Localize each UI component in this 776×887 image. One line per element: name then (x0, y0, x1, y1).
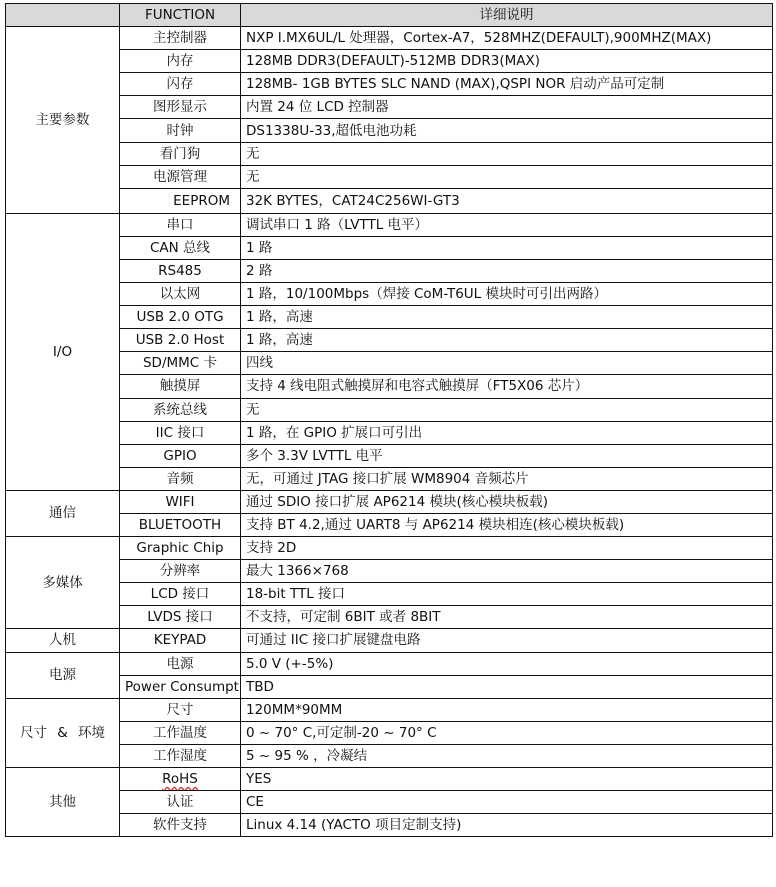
description-cell: NXP I.MX6UL/L 处理器，Cortex-A7，528MHZ(DEFAU… (241, 27, 773, 50)
table-row: 以太网 1 路，10/100Mbps（焊接 CoM-T6UL 模块时可引出两路） (6, 283, 773, 306)
function-cell: 工作湿度 (120, 744, 241, 767)
description-cell: 无，可通过 JTAG 接口扩展 WM8904 音频芯片 (241, 467, 773, 490)
description-cell: 1 路，高速 (241, 329, 773, 352)
spec-table: FUNCTION 详细说明 主要参数 主控制器 NXP I.MX6UL/L 处理… (5, 3, 773, 837)
header-function: FUNCTION (120, 4, 241, 27)
function-cell: 内存 (120, 50, 241, 73)
table-row: 软件支持 Linux 4.14 (YACTO 项目定制支持) (6, 814, 773, 837)
table-row: SD/MMC 卡 四线 (6, 352, 773, 375)
category-other: 其他 (6, 768, 120, 837)
description-cell: 可通过 IIC 接口扩展键盘电路 (241, 629, 773, 652)
category-io: I/O (6, 213, 120, 490)
category-main-params: 主要参数 (6, 27, 120, 214)
table-row: IIC 接口 1 路，在 GPIO 扩展口可引出 (6, 421, 773, 444)
category-multimedia: 多媒体 (6, 537, 120, 629)
description-cell: TBD (241, 675, 773, 698)
function-cell: 看门狗 (120, 142, 241, 165)
function-cell: 以太网 (120, 283, 241, 306)
function-cell: 主控制器 (120, 27, 241, 50)
table-row: 人机 KEYPAD 可通过 IIC 接口扩展键盘电路 (6, 629, 773, 652)
function-cell: 工作温度 (120, 721, 241, 744)
table-row: CAN 总线 1 路 (6, 236, 773, 259)
function-cell: SD/MMC 卡 (120, 352, 241, 375)
table-row: BLUETOOTH 支持 BT 4.2,通过 UART8 与 AP6214 模块… (6, 513, 773, 536)
function-cell: 闪存 (120, 73, 241, 96)
function-cell: 音频 (120, 467, 241, 490)
description-cell: 四线 (241, 352, 773, 375)
description-cell: 2 路 (241, 259, 773, 282)
header-category (6, 4, 120, 27)
function-cell: 时钟 (120, 119, 241, 142)
function-cell: 串口 (120, 213, 241, 236)
table-row: 图形显示 内置 24 位 LCD 控制器 (6, 96, 773, 119)
table-row: 多媒体 Graphic Chip 支持 2D (6, 537, 773, 560)
description-cell: 内置 24 位 LCD 控制器 (241, 96, 773, 119)
table-row: 时钟 DS1338U-33,超低电池功耗 (6, 119, 773, 142)
description-cell: CE (241, 791, 773, 814)
description-cell: Linux 4.14 (YACTO 项目定制支持) (241, 814, 773, 837)
function-cell: USB 2.0 OTG (120, 306, 241, 329)
table-row: LCD 接口 18-bit TTL 接口 (6, 583, 773, 606)
category-power: 电源 (6, 652, 120, 698)
function-cell: 触摸屏 (120, 375, 241, 398)
description-cell: 1 路，在 GPIO 扩展口可引出 (241, 421, 773, 444)
table-row: 通信 WIFI 通过 SDIO 接口扩展 AP6214 模块(核心模块板载) (6, 490, 773, 513)
function-cell: USB 2.0 Host (120, 329, 241, 352)
description-cell: 120MM*90MM (241, 698, 773, 721)
function-cell: LCD 接口 (120, 583, 241, 606)
description-cell: 不支持，可定制 6BIT 或者 8BIT (241, 606, 773, 629)
function-cell: RoHS (120, 768, 241, 791)
function-cell: 分辨率 (120, 560, 241, 583)
table-row: USB 2.0 Host 1 路，高速 (6, 329, 773, 352)
description-cell: 1 路 (241, 236, 773, 259)
description-cell: 32K BYTES，CAT24C256WI-GT3 (241, 188, 773, 213)
table-row: 认证 CE (6, 791, 773, 814)
function-cell: Graphic Chip (120, 537, 241, 560)
category-hmi: 人机 (6, 629, 120, 652)
function-cell: 电源 (120, 652, 241, 675)
description-cell: 1 路，高速 (241, 306, 773, 329)
description-cell: 支持 2D (241, 537, 773, 560)
function-cell: GPIO (120, 444, 241, 467)
table-row: 其他 RoHS YES (6, 768, 773, 791)
description-cell: 128MB DDR3(DEFAULT)-512MB DDR3(MAX) (241, 50, 773, 73)
description-cell: 18-bit TTL 接口 (241, 583, 773, 606)
description-cell: YES (241, 768, 773, 791)
function-cell: 图形显示 (120, 96, 241, 119)
table-row: I/O 串口 调试串口 1 路（LVTTL 电平） (6, 213, 773, 236)
category-size-environment: 尺寸 & 环境 (6, 698, 120, 767)
function-cell: KEYPAD (120, 629, 241, 652)
table-row: 闪存 128MB- 1GB BYTES SLC NAND (MAX),QSPI … (6, 73, 773, 96)
table-row: 尺寸 & 环境 尺寸 120MM*90MM (6, 698, 773, 721)
description-cell: 无 (241, 398, 773, 421)
description-cell: 128MB- 1GB BYTES SLC NAND (MAX),QSPI NOR… (241, 73, 773, 96)
rohs-label: RoHS (162, 771, 198, 787)
function-cell: RS485 (120, 259, 241, 282)
description-cell: 多个 3.3V LVTTL 电平 (241, 444, 773, 467)
description-cell: 无 (241, 165, 773, 188)
function-cell: 系统总线 (120, 398, 241, 421)
table-row: 音频 无，可通过 JTAG 接口扩展 WM8904 音频芯片 (6, 467, 773, 490)
function-cell: 电源管理 (120, 165, 241, 188)
description-cell: 5.0 V (+-5%) (241, 652, 773, 675)
table-row: 触摸屏 支持 4 线电阻式触摸屏和电容式触摸屏（FT5X06 芯片） (6, 375, 773, 398)
function-cell: EEPROM (120, 188, 241, 213)
function-cell: CAN 总线 (120, 236, 241, 259)
table-row: LVDS 接口 不支持，可定制 6BIT 或者 8BIT (6, 606, 773, 629)
function-cell: Power Consumption (120, 675, 241, 698)
description-cell: 1 路，10/100Mbps（焊接 CoM-T6UL 模块时可引出两路） (241, 283, 773, 306)
description-cell: 无 (241, 142, 773, 165)
table-row: EEPROM 32K BYTES，CAT24C256WI-GT3 (6, 188, 773, 213)
function-cell: 软件支持 (120, 814, 241, 837)
table-row: 系统总线 无 (6, 398, 773, 421)
table-row: 主要参数 主控制器 NXP I.MX6UL/L 处理器，Cortex-A7，52… (6, 27, 773, 50)
table-row: 内存 128MB DDR3(DEFAULT)-512MB DDR3(MAX) (6, 50, 773, 73)
description-cell: 通过 SDIO 接口扩展 AP6214 模块(核心模块板载) (241, 490, 773, 513)
description-cell: 调试串口 1 路（LVTTL 电平） (241, 213, 773, 236)
table-row: 电源 电源 5.0 V (+-5%) (6, 652, 773, 675)
function-cell: IIC 接口 (120, 421, 241, 444)
function-cell: WIFI (120, 490, 241, 513)
table-row: 电源管理 无 (6, 165, 773, 188)
header-row: FUNCTION 详细说明 (6, 4, 773, 27)
description-cell: 5 ~ 95 % ，冷凝结 (241, 744, 773, 767)
function-cell: BLUETOOTH (120, 513, 241, 536)
category-communication: 通信 (6, 490, 120, 536)
table-row: 分辨率 最大 1366×768 (6, 560, 773, 583)
function-cell: 尺寸 (120, 698, 241, 721)
header-description: 详细说明 (241, 4, 773, 27)
description-cell: DS1338U-33,超低电池功耗 (241, 119, 773, 142)
table-row: USB 2.0 OTG 1 路，高速 (6, 306, 773, 329)
description-cell: 支持 BT 4.2,通过 UART8 与 AP6214 模块相连(核心模块板载) (241, 513, 773, 536)
function-cell: 认证 (120, 791, 241, 814)
table-row: 看门狗 无 (6, 142, 773, 165)
table-row: 工作温度 0 ~ 70° C,可定制-20 ~ 70° C (6, 721, 773, 744)
description-cell: 0 ~ 70° C,可定制-20 ~ 70° C (241, 721, 773, 744)
table-row: Power Consumption TBD (6, 675, 773, 698)
function-cell: LVDS 接口 (120, 606, 241, 629)
description-cell: 最大 1366×768 (241, 560, 773, 583)
table-row: 工作湿度 5 ~ 95 % ，冷凝结 (6, 744, 773, 767)
table-row: RS485 2 路 (6, 259, 773, 282)
description-cell: 支持 4 线电阻式触摸屏和电容式触摸屏（FT5X06 芯片） (241, 375, 773, 398)
table-row: GPIO 多个 3.3V LVTTL 电平 (6, 444, 773, 467)
